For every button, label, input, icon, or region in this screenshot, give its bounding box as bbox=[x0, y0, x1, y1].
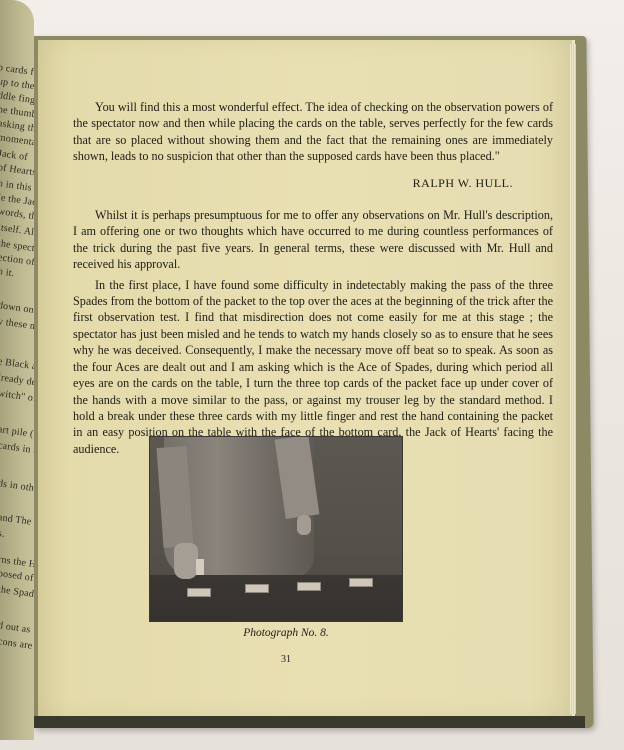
left-page-curl: p cards face up to the ddle finger he th… bbox=[0, 0, 34, 740]
held-packet bbox=[196, 559, 204, 575]
left-page-line: n in this bbox=[0, 178, 32, 194]
left-page-line: cons are tur bbox=[0, 636, 34, 654]
left-page-line: the Spade bbox=[0, 584, 34, 601]
left-page-line: cards in the bbox=[0, 440, 34, 458]
page-stack-edge bbox=[570, 44, 576, 714]
left-page-line: of Hearts bbox=[0, 162, 34, 178]
author-signature: RALPH W. HULL. bbox=[73, 175, 553, 191]
left-page-line: ds in other bbox=[0, 478, 34, 495]
left-page-line: Jack of bbox=[0, 148, 28, 163]
left-page-line: he thumb bbox=[0, 104, 34, 120]
photograph-8 bbox=[150, 437, 402, 621]
table-card bbox=[188, 589, 210, 596]
left-page-line: d out as bbox=[0, 620, 31, 635]
left-hand bbox=[174, 543, 198, 579]
commentary-paragraph-2: In the first place, I have found some di… bbox=[73, 277, 553, 457]
left-page-line: y these m bbox=[0, 316, 34, 332]
left-page-line: witch" of th bbox=[0, 388, 34, 406]
left-page-line: posed of bbox=[0, 568, 34, 584]
left-page-line: n it. bbox=[0, 266, 15, 279]
left-page-line: art pile ( bbox=[0, 424, 34, 440]
page-body-text: You will find this a most wonderful effe… bbox=[73, 99, 553, 457]
table-card bbox=[246, 585, 268, 592]
quoted-paragraph: You will find this a most wonderful effe… bbox=[73, 99, 553, 165]
right-hand bbox=[297, 515, 311, 535]
photo-caption: Photograph No. 8. bbox=[241, 627, 331, 639]
left-page-line: and The Jack bbox=[0, 512, 34, 531]
commentary-paragraph-1: Whilst it is perhaps presumptuous for me… bbox=[73, 207, 553, 273]
left-page-line: words, the bbox=[0, 206, 34, 223]
book-cover-bottom-edge bbox=[30, 716, 585, 728]
left-page-line: up to the bbox=[0, 76, 34, 92]
page-number: 31 bbox=[276, 654, 296, 665]
left-page-line: e Black ace bbox=[0, 356, 34, 374]
left-page-line: lready demo bbox=[0, 372, 34, 390]
left-page-line: down on the bbox=[0, 300, 34, 318]
table-card bbox=[298, 583, 320, 590]
left-page-line: momentarily bbox=[0, 132, 34, 150]
left-page-line: s. bbox=[0, 528, 5, 540]
left-page-line: itself. All bbox=[0, 222, 34, 238]
table-card bbox=[350, 579, 372, 586]
